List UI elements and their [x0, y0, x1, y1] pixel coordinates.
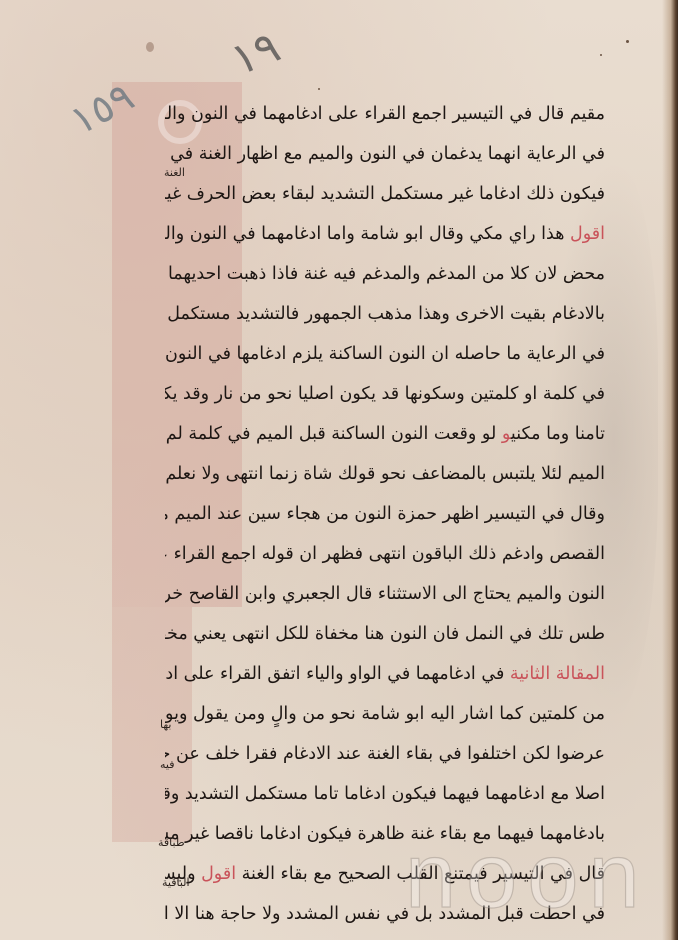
- ink-speck: [626, 40, 629, 43]
- watermark-logo: noon: [405, 830, 650, 922]
- text-line: بالادغام بقيت الاخرى وهذا مذهب الجمهور ف…: [165, 294, 605, 334]
- text-line: في الرعاية ما حاصله ان النون الساكنة يلز…: [165, 334, 605, 374]
- rubric-word: اقول: [201, 864, 242, 884]
- text-line: اصلا مع ادغامهما فيهما فيكون ادغاما تاما…: [165, 774, 605, 814]
- text-line: مقيم قال في التيسير اجمع القراء على ادغا…: [165, 94, 605, 134]
- ink-speck: [318, 88, 320, 90]
- section-heading-rubric: المقالة الثانية: [510, 664, 605, 684]
- marginal-gloss: الغنة: [164, 166, 185, 179]
- text-line: القصص وادغم ذلك الباقون انتهى فظهر ان قو…: [165, 534, 605, 574]
- text-line: الميم لئلا يلتبس بالمضاعف نحو قولك شاة ز…: [165, 454, 605, 494]
- manuscript-text-block: مقيم قال في التيسير اجمع القراء على ادغا…: [165, 94, 605, 934]
- ink-stain: [146, 42, 154, 52]
- marginal-gloss: فيه: [160, 758, 174, 771]
- text-line: تامنا وما مكنيو لو وقعت النون الساكنة قب…: [165, 414, 605, 454]
- rubric-word: اقول: [570, 224, 605, 244]
- text-line: محض لان كلا من المدغم والمدغم فيه غنة فا…: [165, 254, 605, 294]
- folio-number-ink: ١٩: [224, 21, 287, 86]
- text-line: المقالة الثانية في ادغامهما في الواو وال…: [165, 654, 605, 694]
- manuscript-page: ١٩ ١٥٩ مقيم قال في التيسير اجمع القراء ع…: [0, 0, 678, 940]
- text-line: في الرعاية انهما يدغمان في النون والميم …: [165, 134, 605, 174]
- text-line: اقول هذا راي مكي وقال ابو شامة واما ادغا…: [165, 214, 605, 254]
- text-line: فيكون ذلك ادغاما غير مستكمل التشديد لبقا…: [165, 174, 605, 214]
- text-line: طس تلك في النمل فان النون هنا مخفاة للكل…: [165, 614, 605, 654]
- text-line: النون والميم يحتاج الى الاستثناء قال الج…: [165, 574, 605, 614]
- rubric-word: و: [502, 424, 511, 444]
- text-line: من كلمتين كما اشار اليه ابو شامة نحو من …: [165, 694, 605, 734]
- text-line: عرضوا لكن اختلفوا في بقاء الغنة عند الاد…: [165, 734, 605, 774]
- marginal-gloss: بها: [160, 718, 171, 731]
- binding-edge: [662, 0, 678, 940]
- marginal-gloss: طباقة: [158, 836, 185, 849]
- marginal-gloss: الباقية: [162, 876, 190, 889]
- ink-speck: [600, 54, 602, 56]
- text-line: وقال في التيسير اظهر حمزة النون من هجاء …: [165, 494, 605, 534]
- text-line: في كلمة او كلمتين وسكونها قد يكون اصليا …: [165, 374, 605, 414]
